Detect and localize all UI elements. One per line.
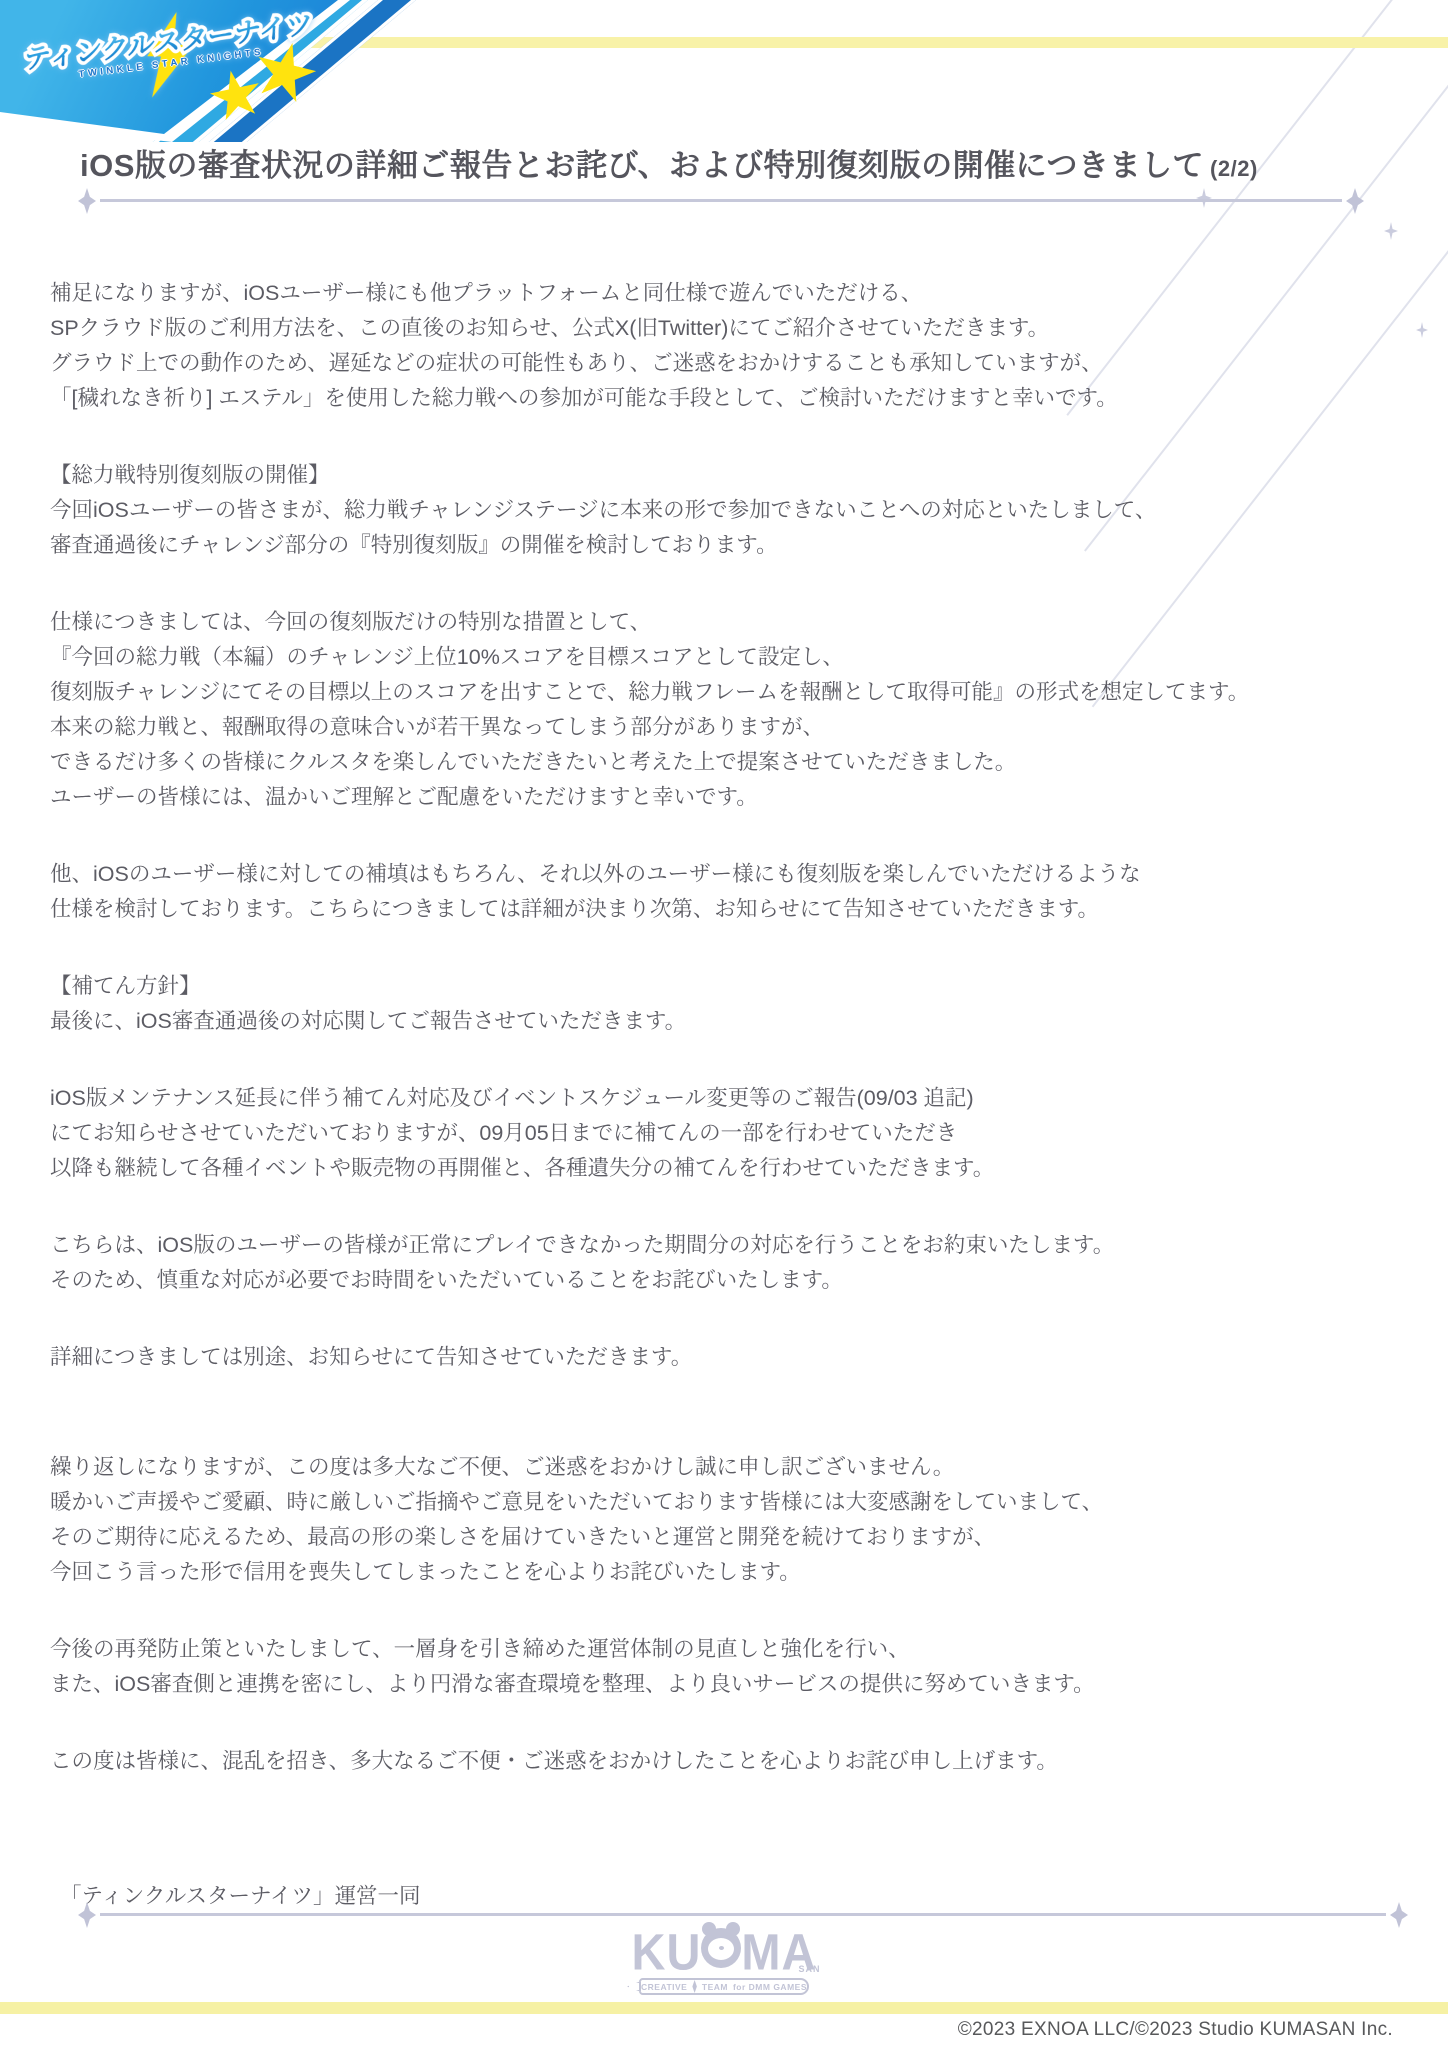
paragraph-compensation-heading: 【補てん方針】 最後に、iOS審査通過後の対応関してご報告させていただきます。 <box>50 969 1420 1039</box>
text-line: こちらは、iOS版のユーザーの皆様が正常にプレイできなかった期間分の対応を行うこ… <box>50 1228 1420 1263</box>
tagline-text: TEAM <box>702 1982 728 1992</box>
page-title: iOS版の審査状況の詳細ご報告とお詫び、および特別復刻版の開催につきまして(2/… <box>80 140 1400 185</box>
text-line: 「[穢れなき祈り] エステル」を使用した総力戦への参加が可能な手段として、ご検討… <box>50 381 1420 416</box>
announcement-body: 補足になりますが、iOSユーザー様にも他プラットフォームと同仕様で遊んでいただけ… <box>50 276 1420 1956</box>
tagline-text: CREATIVE <box>641 1982 687 1992</box>
text-line: 詳細につきましては別途、お知らせにて告知させていただきます。 <box>50 1340 1420 1375</box>
text-line: できるだけ多くの皆様にクルスタを楽しんでいただきたいと考えた上で提案させていただ… <box>50 745 1420 780</box>
text-line: 今回こう言った形で信用を喪失してしまったことを心よりお詫びいたします。 <box>50 1555 1420 1590</box>
paragraph-reprint-spec: 仕様につきましては、今回の復刻版だけの特別な措置として、 『今回の総力戦（本編）… <box>50 605 1420 815</box>
paragraph-other-users: 他、iOSのユーザー様に対しての補填はもちろん、それ以外のユーザー様にも復刻版を… <box>50 857 1420 927</box>
text-line: 補足になりますが、iOSユーザー様にも他プラットフォームと同仕様で遊んでいただけ… <box>50 276 1420 311</box>
text-line: 仕様を検討しております。こちらにつきましては詳細が決まり次第、お知らせにて告知さ… <box>50 892 1420 927</box>
text-line: この度は皆様に、混乱を招き、多大なるご不便・ご迷惑をおかけしたことを心よりお詫び… <box>50 1744 1420 1779</box>
footer-divider <box>78 1902 1408 1928</box>
tagline-text: for DMM GAMES <box>733 1982 807 1992</box>
tagline-divider-icon <box>692 1980 697 1993</box>
title-divider <box>78 188 1364 214</box>
text-line: 審査通過後にチャレンジ部分の『特別復刻版』の開催を検討しております。 <box>50 528 1420 563</box>
text-line: そのご期待に応えるため、最高の形の楽しさを届けていきたいと運営と開発を続けており… <box>50 1520 1420 1555</box>
footer-yellow-band <box>0 2002 1448 2014</box>
page-title-text: iOS版の審査状況の詳細ご報告とお詫び、および特別復刻版の開催につきまして <box>80 148 1204 183</box>
diamond-icon <box>78 1902 96 1928</box>
section-heading: 【補てん方針】 <box>50 969 1420 1004</box>
paragraph-maintenance-report: iOS版メンテナンス延長に伴う補てん対応及びイベントスケジュール変更等のご報告(… <box>50 1081 1420 1186</box>
page-number-indicator: (2/2) <box>1210 156 1258 181</box>
text-line: iOS版メンテナンス延長に伴う補てん対応及びイベントスケジュール変更等のご報告(… <box>50 1081 1420 1116</box>
paragraph-reprint-heading: 【総力戦特別復刻版の開催】 今回iOSユーザーの皆さまが、総力戦チャレンジステー… <box>50 458 1420 563</box>
text-line: 今後の再発防止策といたしまして、一層身を引き締めた運営体制の見直しと強化を行い、 <box>50 1632 1420 1667</box>
header-yellow-line <box>300 37 1448 48</box>
diamond-icon <box>78 188 96 214</box>
text-line: 以降も継続して各種イベントや販売物の再開催と、各種遺失分の補てんを行わせていただ… <box>50 1151 1420 1186</box>
text-line: 他、iOSのユーザー様に対しての補填はもちろん、それ以外のユーザー様にも復刻版を… <box>50 857 1420 892</box>
text-line: グラウド上での動作のため、遅延などの症状の可能性もあり、ご迷惑をおかけすることも… <box>50 346 1420 381</box>
divider-line <box>100 1913 1386 1916</box>
paragraph-final-apology: この度は皆様に、混乱を招き、多大なるご不便・ご迷惑をおかけしたことを心よりお詫び… <box>50 1744 1420 1779</box>
pencil-tip-icon <box>627 1981 641 1992</box>
kuma-pencil-tagline: CREATIVE TEAM for DMM GAMES <box>639 1978 809 1995</box>
diamond-icon <box>1346 188 1364 214</box>
text-line: ユーザーの皆様には、温かいご理解とご配慮をいただけますと幸いです。 <box>50 780 1420 815</box>
paragraph-promise: こちらは、iOS版のユーザーの皆様が正常にプレイできなかった期間分の対応を行うこ… <box>50 1228 1420 1298</box>
paragraph-sp-cloud: 補足になりますが、iOSユーザー様にも他プラットフォームと同仕様で遊んでいただけ… <box>50 276 1420 416</box>
text-line: 最後に、iOS審査通過後の対応関してご報告させていただきます。 <box>50 1004 1420 1039</box>
text-line: にてお知らせさせていただいておりますが、09月05日までに補てんの一部を行わせて… <box>50 1116 1420 1151</box>
text-line: 今回iOSユーザーの皆さまが、総力戦チャレンジステージに本来の形で参加できないこ… <box>50 493 1420 528</box>
text-line: 本来の総力戦と、報酬取得の意味合いが若干異なってしまう部分がありますが、 <box>50 710 1420 745</box>
text-line: 繰り返しになりますが、この度は多大なご不便、ご迷惑をおかけし誠に申し訳ございませ… <box>50 1450 1420 1485</box>
paragraph-prevention: 今後の再発防止策といたしまして、一層身を引き締めた運営体制の見直しと強化を行い、… <box>50 1632 1420 1702</box>
text-line: また、iOS審査側と連携を密にし、より円滑な審査環境を整理、より良いサービスの提… <box>50 1667 1420 1702</box>
copyright-notice: ©2023 EXNOA LLC/©2023 Studio KUMASAN Inc… <box>958 2019 1393 2041</box>
text-line: 仕様につきましては、今回の復刻版だけの特別な措置として、 <box>50 605 1420 640</box>
kuma-logo-small-text: SAN <box>798 1964 820 1974</box>
paragraph-apology: 繰り返しになりますが、この度は多大なご不便、ご迷惑をおかけし誠に申し訳ございませ… <box>50 1450 1420 1590</box>
text-line: そのため、慎重な対応が必要でお時間をいただいていることをお詫びいたします。 <box>50 1263 1420 1298</box>
text-line: SPクラウド版のご利用方法を、この直後のお知らせ、公式X(旧Twitter)にて… <box>50 311 1420 346</box>
divider-line <box>100 199 1342 202</box>
paragraph-details-later: 詳細につきましては別途、お知らせにて告知させていただきます。 <box>50 1340 1420 1375</box>
text-line: 暖かいご声援やご愛顧、時に厳しいご指摘やご意見をいただいております皆様には大変感… <box>50 1485 1420 1520</box>
text-line: 復刻版チャレンジにてその目標以上のスコアを出すことで、総力戦フレームを報酬として… <box>50 675 1420 710</box>
diamond-icon <box>1390 1902 1408 1928</box>
section-heading: 【総力戦特別復刻版の開催】 <box>50 458 1420 493</box>
announcement-page: ティンクルスターナイツ ティンクルスターナイツ TWINKLE STAR KNI… <box>0 0 1448 2048</box>
text-line: 『今回の総力戦（本編）のチャレンジ上位10%スコアを目標スコアとして設定し、 <box>50 640 1420 675</box>
